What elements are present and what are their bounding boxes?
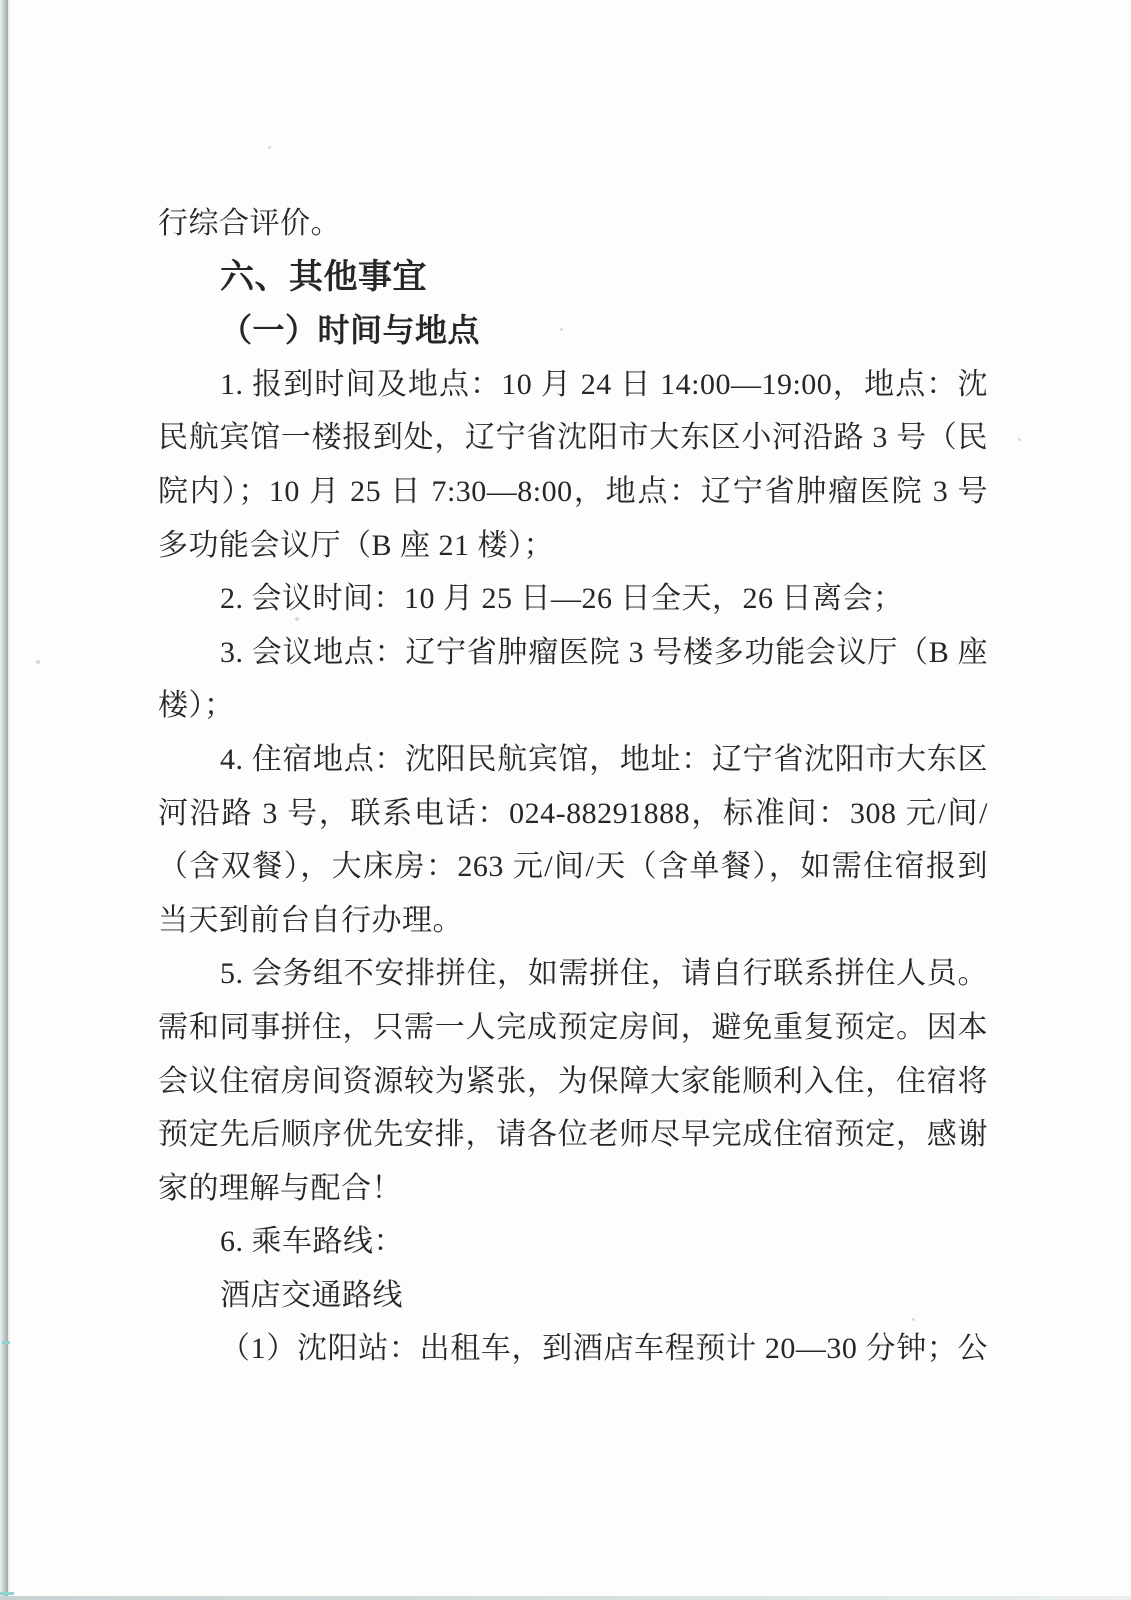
document-line: 多功能会议厅（B 座 21 楼）；: [158, 519, 988, 573]
document-line: 楼）；: [158, 679, 988, 733]
document-line: 1. 报到时间及地点：10 月 24 日 14:00—19:00，地点：沈阳: [158, 358, 988, 412]
scan-speck: [36, 660, 40, 664]
document-line: 院内）；10 月 25 日 7:30—8:00，地点：辽宁省肿瘤医院 3 号楼: [158, 465, 988, 519]
document-line: 会议住宿房间资源较为紧张，为保障大家能顺利入住，住宿将按: [158, 1055, 988, 1109]
scan-bottom-edge: [0, 1596, 1131, 1600]
document-line: 民航宾馆一楼报到处，辽宁省沈阳市大东区小河沿路 3 号（民航: [158, 411, 988, 465]
scan-speck: [1018, 438, 1021, 441]
scan-speck: [268, 146, 271, 149]
document-line: 预定先后顺序优先安排，请各位老师尽早完成住宿预定，感谢大: [158, 1108, 988, 1162]
document-line: 6. 乘车路线：: [158, 1215, 988, 1269]
document-text-block: 行综合评价。六、其他事宜（一）时间与地点1. 报到时间及地点：10 月 24 日…: [158, 197, 988, 1376]
scanned-document-page: 行综合评价。六、其他事宜（一）时间与地点1. 报到时间及地点：10 月 24 日…: [0, 0, 1131, 1600]
document-line: （1）沈阳站：出租车，到酒店车程预计 20—30 分钟；公共: [158, 1322, 988, 1376]
document-line: （含双餐），大床房：263 元/间/天（含单餐），如需住宿报到: [158, 840, 988, 894]
scan-tick-left: [2, 1341, 10, 1344]
document-line: 家的理解与配合！: [158, 1162, 988, 1216]
document-line: 河沿路 3 号，联系电话：024-88291888，标准间：308 元/间/天: [158, 787, 988, 841]
document-line: 4. 住宿地点：沈阳民航宾馆，地址：辽宁省沈阳市大东区小: [158, 733, 988, 787]
document-line: 行综合评价。: [158, 197, 988, 251]
document-line: 3. 会议地点：辽宁省肿瘤医院 3 号楼多功能会议厅（B 座 21: [158, 626, 988, 680]
scan-left-edge-line: [6, 0, 8, 1600]
document-line: （一）时间与地点: [158, 304, 988, 358]
document-line: 六、其他事宜: [158, 251, 988, 305]
document-line: 当天到前台自行办理。: [158, 894, 988, 948]
document-line: 需和同事拼住，只需一人完成预定房间，避免重复预定。因本次: [158, 1001, 988, 1055]
document-line: 2. 会议时间：10 月 25 日—26 日全天，26 日离会；: [158, 572, 988, 626]
scan-tick-bottom: [0, 1592, 14, 1595]
document-line: 5. 会务组不安排拼住，如需拼住，请自行联系拼住人员。如: [158, 947, 988, 1001]
document-line: 酒店交通路线: [158, 1269, 988, 1323]
